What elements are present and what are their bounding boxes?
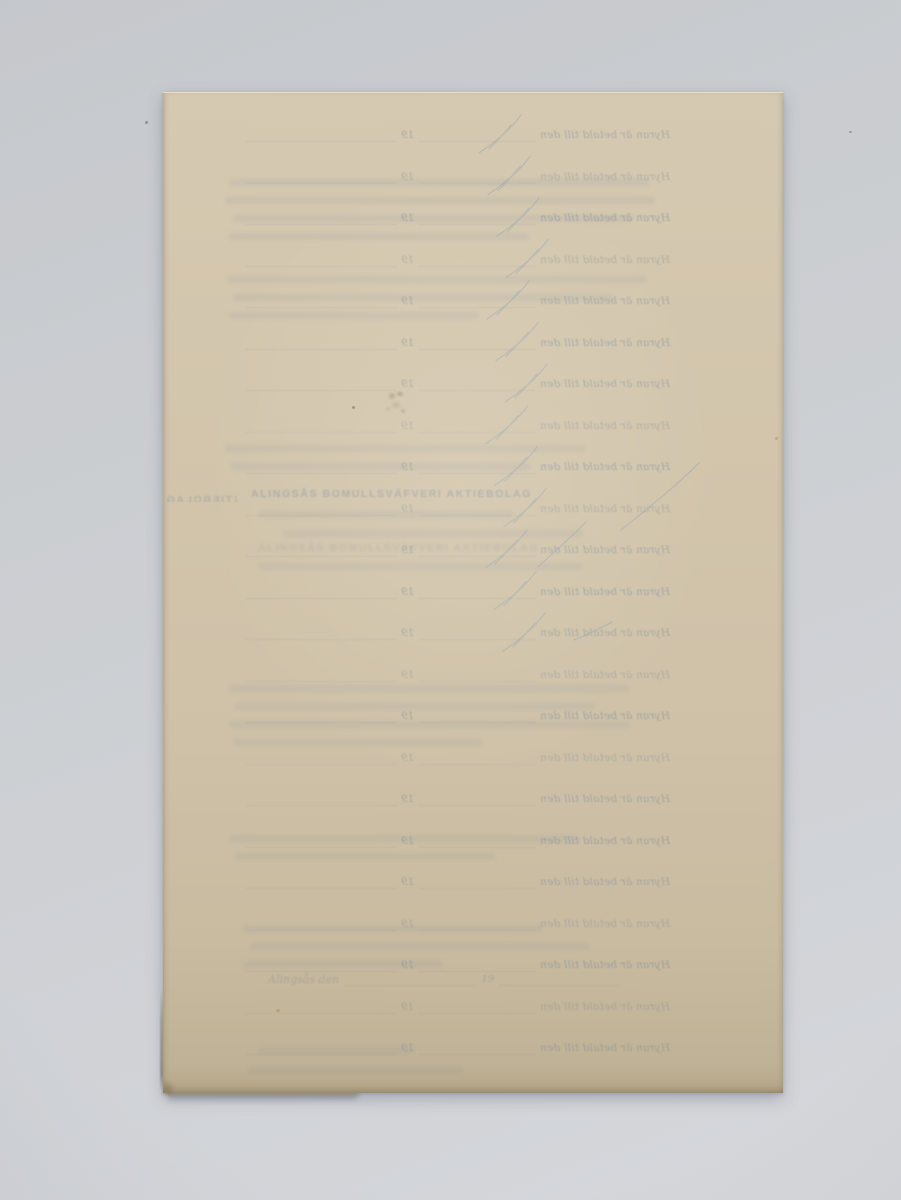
paper-speck bbox=[276, 1009, 280, 1012]
signature-squiggle bbox=[487, 281, 529, 319]
handwriting-layer bbox=[163, 93, 783, 1093]
signature-squiggle bbox=[503, 613, 545, 651]
dust-speck bbox=[145, 121, 148, 124]
signature-squiggle bbox=[485, 530, 527, 568]
signature-squiggle bbox=[497, 198, 539, 236]
dust-speck bbox=[849, 131, 852, 133]
signature-squiggle bbox=[504, 489, 546, 527]
paper-sheet: Hyran är betald till den 19 Hyran är bet… bbox=[163, 92, 783, 1093]
paper-speck bbox=[775, 437, 778, 440]
signature-squiggle bbox=[506, 240, 548, 278]
signature-squiggle bbox=[495, 447, 537, 485]
signature-squiggle bbox=[488, 157, 530, 195]
corner-wear bbox=[162, 1075, 180, 1095]
photo-backdrop: Hyran är betald till den 19 Hyran är bet… bbox=[0, 0, 901, 1200]
signature-squiggle bbox=[505, 364, 547, 402]
signature-squiggle bbox=[496, 323, 538, 361]
stain-mark bbox=[381, 387, 411, 421]
signature-squiggle bbox=[621, 463, 699, 530]
signature-squiggle bbox=[479, 115, 521, 153]
signature-squiggle bbox=[538, 522, 586, 567]
paper-speck bbox=[352, 406, 355, 409]
signature-squiggle bbox=[494, 572, 536, 610]
signature-squiggle bbox=[486, 406, 528, 444]
signature-squiggle bbox=[574, 622, 612, 640]
